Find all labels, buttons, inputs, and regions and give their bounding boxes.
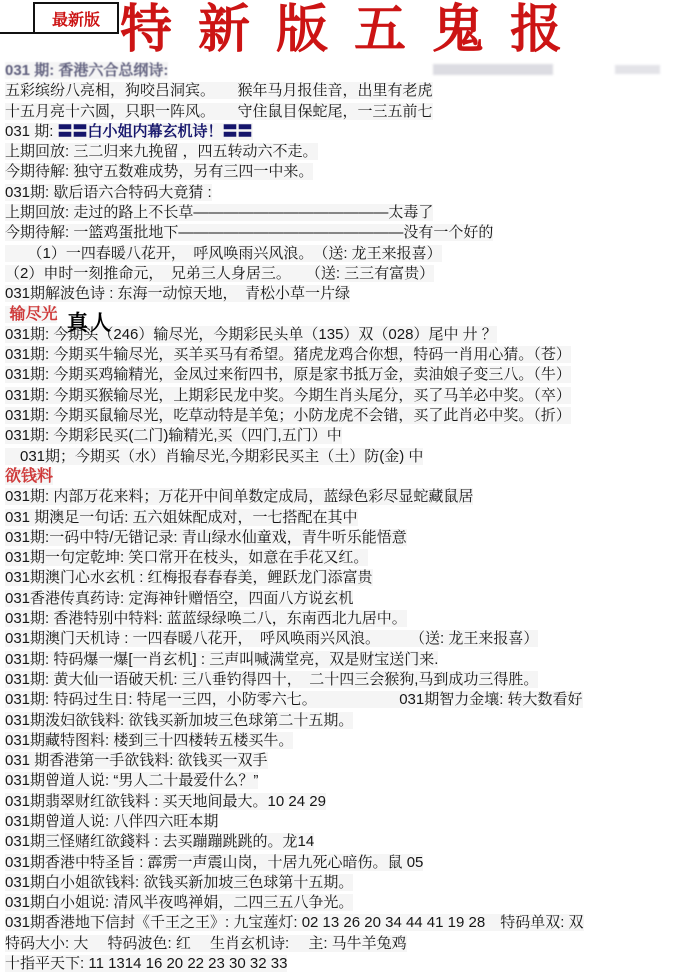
report-line: 十五月亮十六圆，只职一阵风。 守住鼠目保蛇尾，一三五前七 [5,102,695,122]
text-segment: 031期三怪赌红欲錢料 : 去买蹦蹦跳跳的。龙14 [5,833,314,850]
report-line: 031期: 今期彩民买(二门)输精光,买（四门,五门）中 [5,426,695,446]
text-segment: 031期: 今期买鼠输尽光，吃草动特是羊兔；小防龙虎不会错，买了此肖必中奖。（折… [5,407,571,424]
latest-edition-badge-label: 最新版 [52,7,100,30]
text-segment: 031期: 歇后语六合特码大竟猜 : [5,184,212,201]
report-line: 031期白小姐说: 清风半夜鸣禅娟，二四三五八争光。 [5,893,695,913]
section-heading-yuqianliao: 欲钱料 [5,467,695,487]
report-line: 今期待解: 一篮鸡蛋批地下———————————————没有一个好的 [5,223,695,243]
report-line: 031期解波色诗 : 东海一动惊天地， 青松小草一片绿 [5,284,695,304]
report-line: 031期澳门天机诗 : 一四春暖八花开， 呼风唤雨兴风浪。 （送: 龙王来报喜） [5,629,695,649]
report-line: 031期藏特图料: 楼到三十四楼转五楼买牛。 [5,731,695,751]
text-segment: 031期: 今期买鸡输精光，金凤过来衔四书，原是家书抵万金，卖油娘子变三八。（牛… [5,366,571,383]
text-segment: 031期香港中特圣旨 : 霹雳一声震山岗，十居九死心暗伤。鼠 05 [5,854,423,871]
text-segment: 输尽光 [5,306,57,323]
report-line: （2）申时一刻推命元， 兄弟三人身居三。 （送: 三三有富贵） [5,264,695,284]
report-line: 031 期香港第一手欲钱料: 欲钱买一双手 [5,751,695,771]
report-line: 031期；今期买（水）肖输尽光,今期彩民买主（土）防(金) 中 [5,447,695,467]
text-segment: 031期澳门天机诗 : 一四春暖八花开， 呼风唤雨兴风浪。 （送: 龙王来报喜） [5,630,538,647]
text-segment: 031期；今期买（水）肖输尽光,今期彩民买主（土）防(金) 中 [5,448,423,465]
line-zonggang-title: 031 期: 香港六合总纲诗: [5,61,695,81]
report-line: 031期: 特码爆一爆[一肖玄机] : 三声叫喊满堂亮，双是财宝送门来. [5,650,695,670]
text-segment: 031期藏特图料: 楼到三十四楼转五楼买牛。 [5,732,293,749]
report-line: 五彩缤纷八亮相，狗咬吕洞宾。 猴年马月报佳音，出里有老虎 [5,81,695,101]
report-line: 031期: 今期买猴输尽光，上期彩民龙中奖。今期生肖头尾分，买了马羊必中奖。（卒… [5,386,695,406]
text-segment: 031 期香港第一手欲钱料: 欲钱买一双手 [5,752,268,769]
report-line: 031期曾道人说: 八伴四六旺本期 [5,812,695,832]
text-segment: 031期曾道人说: 八伴四六旺本期 [5,813,218,830]
text-segment: 031期澳门心水玄机 : 红梅报春春春美，鲤跃龙门添富贵 [5,569,373,586]
overlay-zhenren-text: 真人 [67,314,113,334]
report-line: 031期白小姐欲钱料: 欲钱买新加坡三色球第十五期。 [5,873,695,893]
report-line: 031期: 今期买牛输尽光，买羊买马有希望。猪虎龙鸡合你想，特码一肖用心猜。（苍… [5,345,695,365]
report-body: 031 期: 香港六合总纲诗:五彩缤纷八亮相，狗咬吕洞宾。 猴年马月报佳音，出里… [5,61,695,974]
report-line: 特码大小: 大 特码波色: 红 生肖玄机诗: 主: 马牛羊兔鸡 [5,934,695,954]
report-line: （1）一四春暖八花开， 呼风唤雨兴风浪。 （送: 龙王来报喜） [5,244,695,264]
page-title: 特新版五鬼报 [120,0,588,62]
report-line: 031期香港中特圣旨 : 霹雳一声震山岗，十居九死心暗伤。鼠 05 [5,853,695,873]
text-segment: 十指平天下: 11 1314 16 20 22 23 30 32 33 [5,955,287,972]
report-line: 031期翡翠财红欲钱料 : 买天地间最大。10 24 29 [5,792,695,812]
text-segment: 031期泼妇欲钱料: 欲钱买新加坡三色球第二十五期。 [5,712,353,729]
text-segment: 031 期澳足一句话: 五六姐妹配成对，一七搭配在其中 [5,509,358,526]
text-segment: 十五月亮十六圆，只职一阵风。 守住鼠目保蛇尾，一三五前七 [5,103,433,120]
text-segment: 031期: 今期买牛输尽光，买羊买马有希望。猪虎龙鸡合你想，特码一肖用心猜。（苍… [5,346,571,363]
text-segment: 031期翡翠财红欲钱料 : 买天地间最大。10 24 29 [5,793,326,810]
text-segment: 031期曾道人说: “男人二十最爱什么？” [5,772,258,789]
report-line: 031期澳门心水玄机 : 红梅报春春春美，鲤跃龙门添富贵 [5,568,695,588]
text-segment: 031期: 黄大仙一语破天机: 三八垂钓得四十， 二十四三会猴狗,马到成功三得胜… [5,671,538,688]
text-segment: 今期待解: 一篮鸡蛋批地下———————————————没有一个好的 [5,224,493,241]
report-line: 031期曾道人说: “男人二十最爱什么？” [5,771,695,791]
report-line: 031期: 黄大仙一语破天机: 三八垂钓得四十， 二十四三会猴狗,马到成功三得胜… [5,670,695,690]
wugui-report-page: 最新版 特新版五鬼报 031 期: 香港六合总纲诗:五彩缤纷八亮相，狗咬吕洞宾。… [0,0,698,976]
report-line: 031期: 今期买鸡输精光，金凤过来衔四书，原是家书抵万金，卖油娘子变三八。（牛… [5,365,695,385]
section-heading-shujinguang: 输尽光真人 [5,305,695,325]
text-segment: 今期待解: 独守五数难成势，另有三四一中来。 [5,163,313,180]
text-segment: 031期: 香港特别中特料: 蓝蓝绿绿唤二八，东南西北九居中。 [5,610,407,627]
text-segment: 031期: 特码过生日: 特尾一三四，小防零六七。 031期智力金壤: 转大数看… [5,691,583,708]
report-line: 上期回放: 三二归来九挽留 ，四五转动六不走。 [5,142,695,162]
report-line: 031期: 今期买鼠输尽光，吃草动特是羊兔；小防龙虎不会错，买了此肖必中奖。（折… [5,406,695,426]
text-segment: 031期解波色诗 : 东海一动惊天地， 青松小草一片绿 [5,285,350,302]
report-line: 031期一句定乾坤: 笑口常开在枝头，如意在手花又红。 [5,548,695,568]
text-segment: 031期: 今期买猴输尽光，上期彩民龙中奖。今期生肖头尾分，买了马羊必中奖。（卒… [5,387,571,404]
report-line: 031期香港地下信封《千王之王》: 九宝莲灯: 02 13 26 20 34 4… [5,913,695,933]
text-segment: 031期: 今期彩民买(二门)输精光,买（四门,五门）中 [5,427,342,444]
text-segment: 031期白小姐说: 清风半夜鸣禅娟，二四三五八争光。 [5,894,353,911]
text-segment: 031 期: [5,123,58,140]
report-line: 031期泼妇欲钱料: 欲钱买新加坡三色球第二十五期。 [5,711,695,731]
report-line: 031期: 特码过生日: 特尾一三四，小防零六七。 031期智力金壤: 转大数看… [5,690,695,710]
text-segment: 上期回放: 三二归来九挽留 ，四五转动六不走。 [5,143,318,160]
report-line: 031期: 香港特别中特料: 蓝蓝绿绿唤二八，东南西北九居中。 [5,609,695,629]
report-line: 031期: 内部万花来料；万花开中间单数定成局，蓝绿色彩尽显蛇藏鼠居 [5,487,695,507]
report-line: 031期: 歇后语六合特码大竟猜 : [5,183,695,203]
text-segment: 031期:一码中特/无错记录: 青山绿水仙童戏，青牛听乐能悟意 [5,529,407,546]
text-segment: 031期一句定乾坤: 笑口常开在枝头，如意在手花又红。 [5,549,368,566]
text-segment: 031香港传真药诗: 定海神针赠悟空，四面八方说玄机 [5,590,353,607]
latest-edition-badge: 最新版 [33,2,119,34]
line-baixiaojie-title: 031 期: 〓〓白小姐内幕玄机诗！〓〓 [5,122,695,142]
text-segment: 031期: 内部万花来料；万花开中间单数定成局，蓝绿色彩尽显蛇藏鼠居 [5,488,473,505]
report-line: 上期回放: 走过的路上不长草—————————————太毒了 [5,203,695,223]
text-segment: 031期香港地下信封《千王之王》: 九宝莲灯: 02 13 26 20 34 4… [5,914,584,931]
text-segment: 031期白小姐欲钱料: 欲钱买新加坡三色球第十五期。 [5,874,353,891]
report-line: 031香港传真药诗: 定海神针赠悟空，四面八方说玄机 [5,589,695,609]
text-segment: 五彩缤纷八亮相，狗咬吕洞宾。 猴年马月报佳音，出里有老虎 [5,82,433,99]
text-segment: （2）申时一刻推命元， 兄弟三人身居三。 （送: 三三有富贵） [5,265,434,282]
report-line: 031期:一码中特/无错记录: 青山绿水仙童戏，青牛听乐能悟意 [5,528,695,548]
text-segment: 〓〓白小姐内幕玄机诗！〓〓 [58,123,253,140]
text-segment: 031 期: 香港六合总纲诗: [5,62,168,79]
text-segment: 上期回放: 走过的路上不长草—————————————太毒了 [5,204,433,221]
text-segment: 031期: 特码爆一爆[一肖玄机] : 三声叫喊满堂亮，双是财宝送门来. [5,651,438,668]
report-line: 十指平天下: 11 1314 16 20 22 23 30 32 33 [5,954,695,974]
report-line: 今期待解: 独守五数难成势，另有三四一中来。 [5,162,695,182]
badge-underline-rule [0,32,117,34]
text-segment: （1）一四春暖八花开， 呼风唤雨兴风浪。 （送: 龙王来报喜） [5,245,442,262]
report-line: 031期三怪赌红欲錢料 : 去买蹦蹦跳跳的。龙14 [5,832,695,852]
report-line: 031 期澳足一句话: 五六姐妹配成对，一七搭配在其中 [5,508,695,528]
text-segment: 特码大小: 大 特码波色: 红 生肖玄机诗: 主: 马牛羊兔鸡 [5,935,407,952]
text-segment: 欲钱料 [5,468,53,485]
